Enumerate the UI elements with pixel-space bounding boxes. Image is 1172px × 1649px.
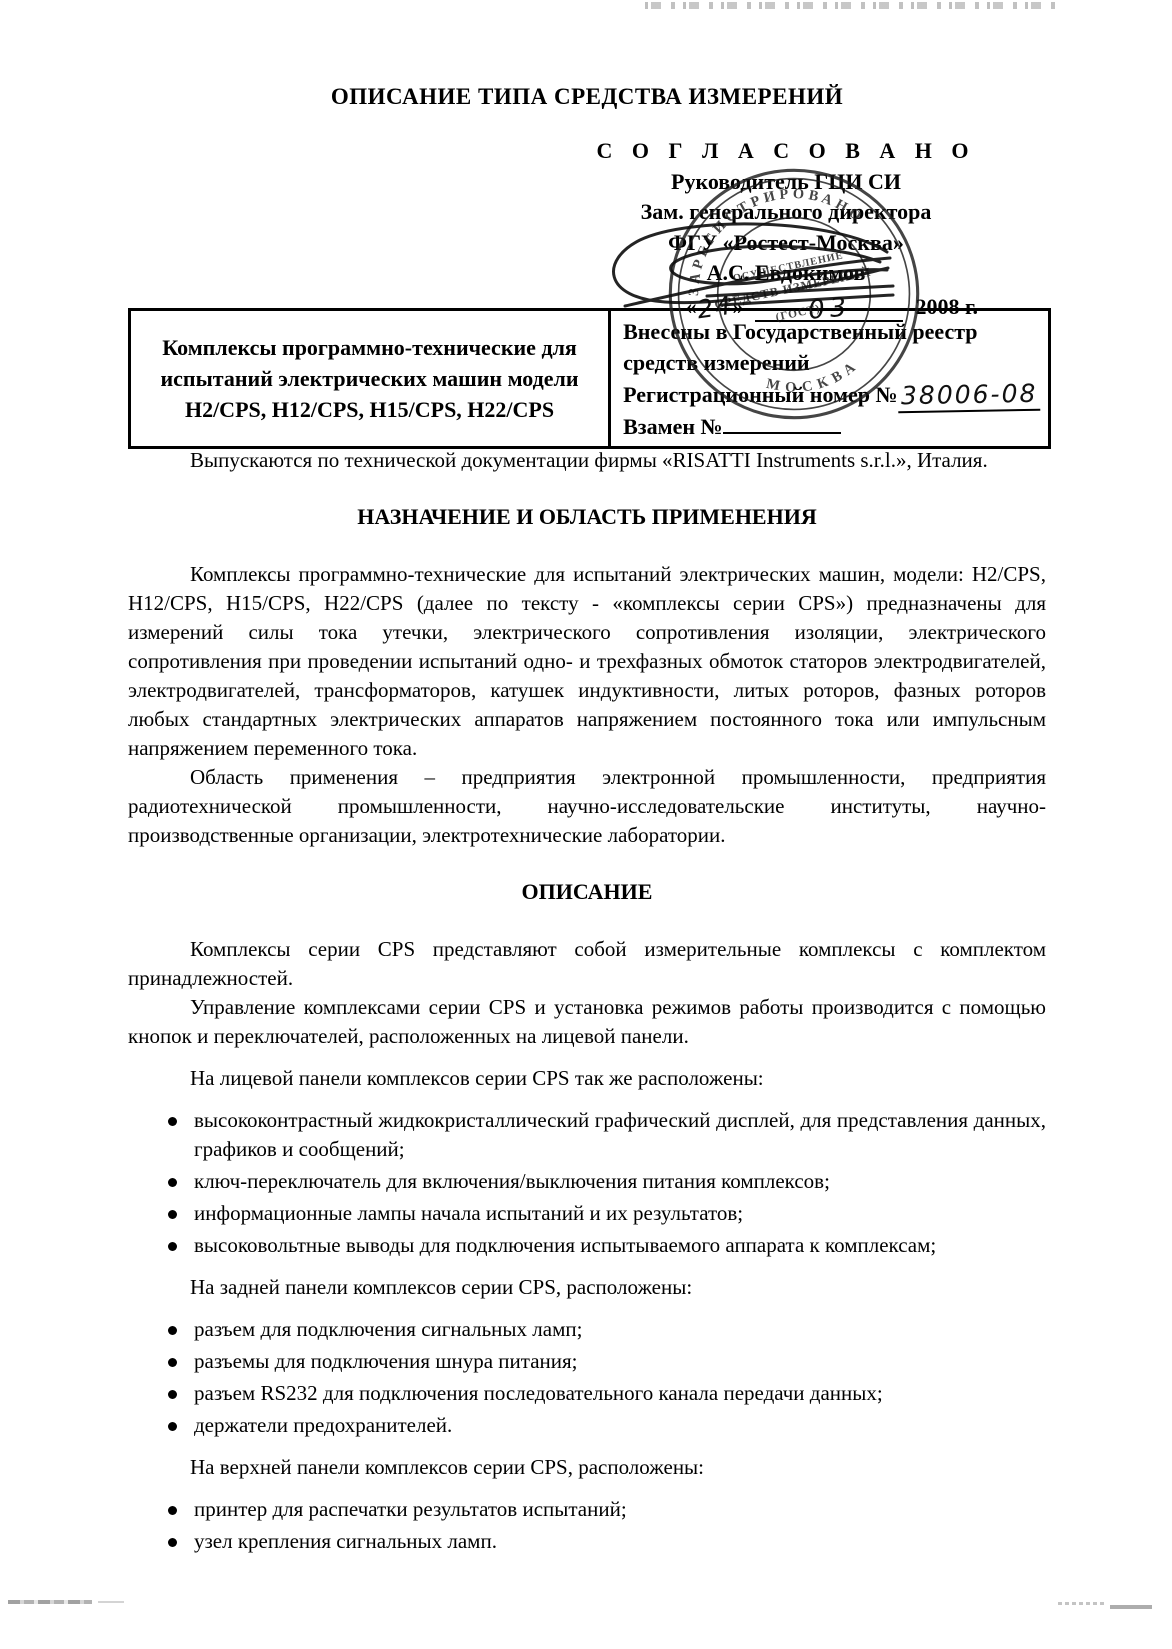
scan-artifact-bottom-left-2 xyxy=(98,1601,124,1603)
handwritten-signature xyxy=(595,210,895,322)
description-paragraph-2: Управление комплексами серии CPS и устан… xyxy=(128,993,1046,1051)
rear-panel-list: разъем для подключения сигнальных ламп; … xyxy=(128,1315,1046,1440)
issued-by-paragraph: Выпускаются по технической документации … xyxy=(128,446,1046,475)
top-panel-intro: На верхней панели комплексов серии CPS, … xyxy=(128,1453,1046,1482)
purpose-paragraph-1: Комплексы программно-технические для исп… xyxy=(128,560,1046,763)
stamp-ring-bottom-text: МОСКВА xyxy=(761,354,866,403)
front-panel-list: высококонтрастный жидкокристаллический г… xyxy=(128,1106,1046,1260)
instrument-name-cell: Комплексы программно-технические для исп… xyxy=(131,311,611,446)
front-panel-intro: На лицевой панели комплексов серии CPS т… xyxy=(128,1064,1046,1093)
list-item: разъемы для подключения шнура питания; xyxy=(128,1347,1046,1376)
list-item: узел крепления сигнальных ламп. xyxy=(128,1527,1046,1556)
scan-artifact-bottom-left xyxy=(8,1600,92,1604)
description-paragraph-1: Комплексы серии CPS представляют собой и… xyxy=(128,935,1046,993)
description-section-heading: ОПИСАНИЕ xyxy=(128,877,1046,906)
purpose-paragraph-2: Область применения – предприятия электро… xyxy=(128,763,1046,850)
list-item: разъем для подключения сигнальных ламп; xyxy=(128,1315,1046,1344)
list-item: высококонтрастный жидкокристаллический г… xyxy=(128,1106,1046,1164)
list-item: информационные лампы начала испытаний и … xyxy=(128,1199,1046,1228)
list-item: ключ-переключатель для включения/выключе… xyxy=(128,1167,1046,1196)
rear-panel-intro: На задней панели комплексов серии CPS, р… xyxy=(128,1273,1046,1302)
purpose-section-heading: НАЗНАЧЕНИЕ И ОБЛАСТЬ ПРИМЕНЕНИЯ xyxy=(128,502,1046,531)
scanned-document-page: ОПИСАНИЕ ТИПА СРЕДСТВА ИЗМЕРЕНИЙ С О Г Л… xyxy=(0,0,1172,1649)
scan-artifact-bottom-right xyxy=(1058,1602,1104,1605)
list-item: высоковольтные выводы для подключения ис… xyxy=(128,1231,1046,1260)
scan-artifact-top xyxy=(645,2,1060,9)
list-item: принтер для распечатки результатов испыт… xyxy=(128,1495,1046,1524)
document-title: ОПИСАНИЕ ТИПА СРЕДСТВА ИЗМЕРЕНИЙ xyxy=(128,84,1046,110)
top-panel-list: принтер для распечатки результатов испыт… xyxy=(128,1495,1046,1556)
list-item: разъем RS232 для подключения последовате… xyxy=(128,1379,1046,1408)
document-body: Выпускаются по технической документации … xyxy=(128,446,1046,1568)
scan-artifact-bottom-right-2 xyxy=(1110,1605,1152,1609)
list-item: держатели предохранителей. xyxy=(128,1411,1046,1440)
